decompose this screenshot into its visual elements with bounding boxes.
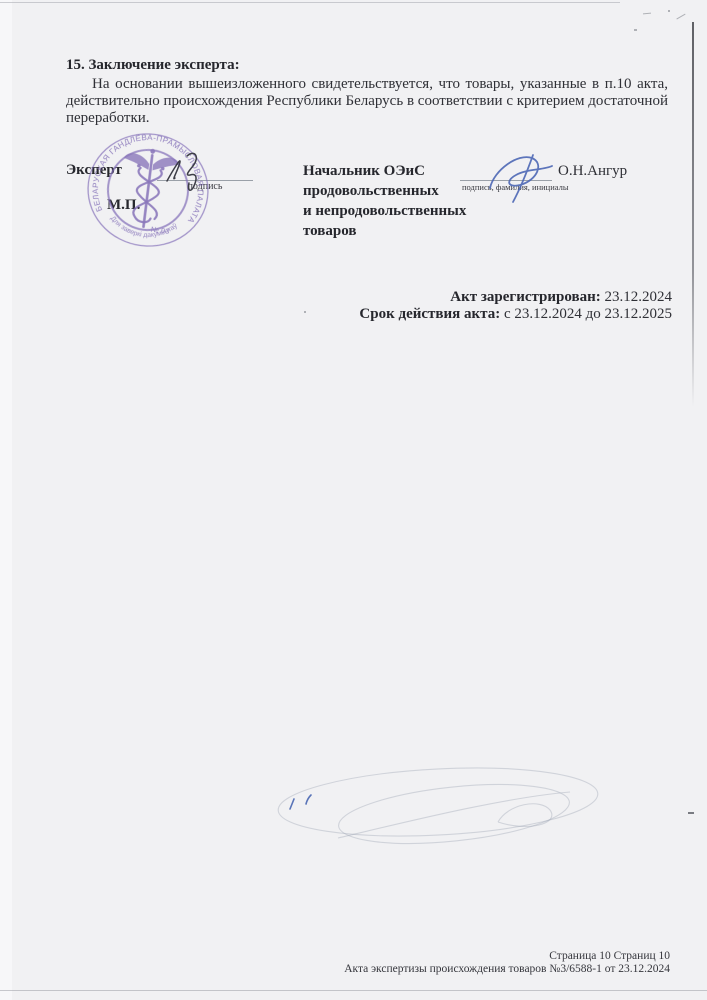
chief-title-line: и непродовольственных (303, 201, 466, 221)
chief-title-line: продовольственных (303, 181, 466, 201)
expert-handwritten-signature (160, 146, 206, 194)
scan-speck (676, 14, 685, 20)
registration-block: Акт зарегистрирован: 23.12.2024 Срок дей… (359, 289, 672, 322)
scan-top-edge-line (0, 2, 620, 3)
validity-line: Срок действия акта: с 23.12.2024 до 23.1… (359, 306, 672, 323)
scanned-document-page: 15. Заключение эксперта: На основании вы… (0, 0, 707, 1000)
validity-label: Срок действия акта: (359, 306, 500, 322)
scan-right-edge-line (692, 22, 694, 407)
page-footer: Страница 10 Страниц 10 Акта экспертизы п… (344, 950, 670, 975)
blue-ink-ticks (290, 795, 311, 809)
scan-speck (304, 311, 306, 313)
chief-title-block: Начальник ОЭиС продовольственных и непро… (303, 161, 466, 241)
pencil-scribble (268, 752, 604, 860)
scan-bottom-edge-line (0, 990, 707, 991)
scan-speck (643, 13, 651, 15)
chief-title-line: товаров (303, 221, 466, 241)
scan-edge-strip (0, 0, 12, 1000)
footer-act-line: Акта экспертизы происхождения товаров №3… (344, 963, 670, 976)
footer-page-line: Страница 10 Страниц 10 (344, 950, 670, 963)
scan-speck (634, 29, 637, 31)
chief-handwritten-signature (486, 150, 556, 204)
registration-line: Акт зарегистрирован: 23.12.2024 (359, 289, 672, 306)
registered-value: 23.12.2024 (601, 289, 672, 305)
conclusion-paragraph: На основании вышеизложенного свидетельст… (66, 76, 668, 128)
registered-label: Акт зарегистрирован: (450, 289, 600, 305)
scan-speck (688, 812, 694, 814)
scan-speck (668, 10, 670, 12)
validity-value: с 23.12.2024 до 23.12.2025 (500, 306, 672, 322)
section-title: 15. Заключение эксперта: (66, 57, 240, 74)
chief-title-line: Начальник ОЭиС (303, 161, 466, 181)
chief-name: О.Н.Ангур (558, 163, 627, 180)
